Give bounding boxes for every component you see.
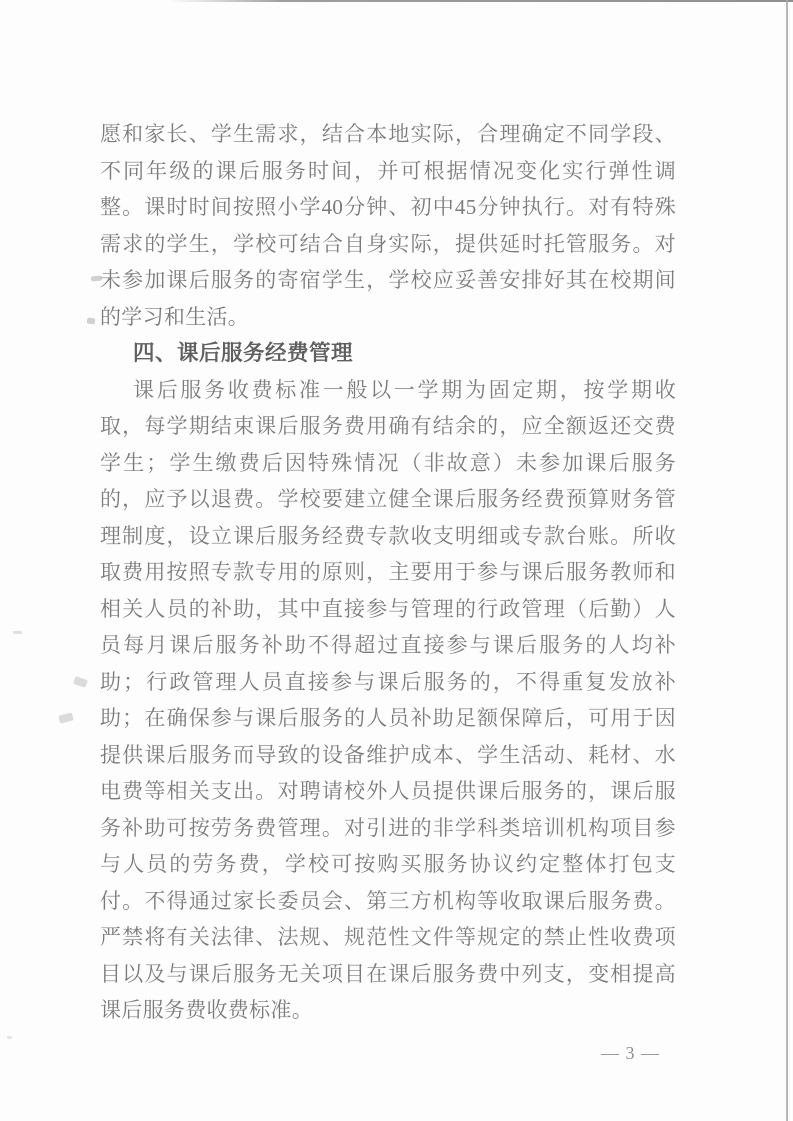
text-line: 需求的学生，学校可结合自身实际，提供延时托管服务。对 — [100, 226, 676, 263]
text-line: 整。课时时间按照小学40分钟、初中45分钟执行。对有特殊 — [100, 189, 676, 226]
text-line: 的，应予以退费。学校要建立健全课后服务经费预算财务管 — [100, 481, 676, 518]
text-line: 付。不得通过家长委员会、第三方机构等收取课后服务费。 — [100, 883, 676, 920]
scan-speck — [58, 712, 74, 723]
text-line: 助；行政管理人员直接参与课后服务的，不得重复发放补 — [100, 664, 676, 701]
text-line: 相关人员的补助，其中直接参与管理的行政管理（后勤）人 — [100, 591, 676, 628]
text-line: 愿和家长、学生需求，结合本地实际，合理确定不同学段、 — [100, 116, 676, 153]
text-line: 理制度，设立课后服务经费专款收支明细或专款台账。所收 — [100, 518, 676, 555]
text-line: 取费用按照专款专用的原则，主要用于参与课后服务教师和 — [100, 554, 676, 591]
scan-edge-top — [170, 0, 793, 2]
text-line: 取，每学期结束课后服务费用确有结余的，应全额返还交费 — [100, 408, 676, 445]
text-line: 与人员的劳务费，学校可按购买服务协议约定整体打包支 — [100, 846, 676, 883]
scan-speck — [87, 318, 96, 325]
text-line: 员每月课后服务补助不得超过直接参与课后服务的人均补 — [100, 627, 676, 664]
scanned-document-page: 愿和家长、学生需求，结合本地实际，合理确定不同学段、不同年级的课后服务时间，并可… — [0, 0, 793, 1121]
document-body: 愿和家长、学生需求，结合本地实际，合理确定不同学段、不同年级的课后服务时间，并可… — [100, 116, 676, 1029]
text-line: 电费等相关支出。对聘请校外人员提供课后服务的，课后服 — [100, 773, 676, 810]
text-line: 课后服务费收费标准。 — [100, 992, 676, 1029]
text-line: 提供课后服务而导致的设备维护成本、学生活动、耗材、水 — [100, 737, 676, 774]
scan-edge-right — [786, 0, 788, 1121]
page-number: — 3 — — [601, 1042, 660, 1064]
scan-speck — [73, 676, 88, 688]
text-line: 助；在确保参与课后服务的人员补助足额保障后，可用于因 — [100, 700, 676, 737]
text-line: 的学习和生活。 — [100, 299, 676, 336]
text-line: 目以及与课后服务无关项目在课后服务费中列支，变相提高 — [100, 956, 676, 993]
scan-speck — [7, 1036, 12, 1039]
text-line: 学生；学生缴费后因特殊情况（非故意）未参加课后服务 — [100, 445, 676, 482]
section-heading: 四、课后服务经费管理 — [100, 335, 676, 372]
text-line: 严禁将有关法律、法规、规范性文件等规定的禁止性收费项 — [100, 919, 676, 956]
scan-speck — [13, 631, 22, 634]
text-line: 课后服务收费标准一般以一学期为固定期，按学期收 — [100, 372, 676, 409]
text-line: 未参加课后服务的寄宿学生，学校应妥善安排好其在校期间 — [100, 262, 676, 299]
text-line: 不同年级的课后服务时间，并可根据情况变化实行弹性调 — [100, 153, 676, 190]
text-line: 务补助可按劳务费管理。对引进的非学科类培训机构项目参 — [100, 810, 676, 847]
